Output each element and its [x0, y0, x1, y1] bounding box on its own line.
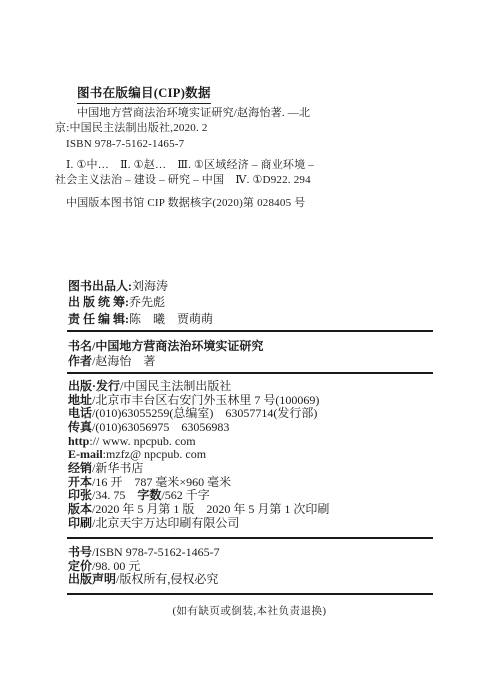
field-label: 印张 [68, 488, 92, 502]
info-line: 经销/新华书店 [68, 462, 329, 476]
field-value: :mzfz@ npcpub. com [103, 447, 206, 461]
info-line: 出版·发行/中国民主法制出版社 [68, 380, 329, 394]
field-value: /(010)63056975 63056983 [92, 420, 229, 434]
info-line: E-mail:mzfz@ npcpub. com [68, 448, 329, 462]
info-line: 作者/赵海怡 著 [68, 354, 263, 369]
info-line: 出版声明/版权所有,侵权必究 [68, 573, 220, 587]
field-label: 电话 [68, 406, 92, 420]
field-value: /(010)63055259(总编室) 63057714(发行部) [92, 406, 317, 420]
field-label: 出版声明 [68, 572, 116, 586]
field-label: 传真 [68, 420, 92, 434]
cip-record-number: 中国版本图书馆 CIP 数据核字(2020)第 028405 号 [66, 196, 305, 211]
field-value: /中国民主法制出版社 [120, 379, 231, 393]
field-label: 责 任 编 辑: [68, 312, 129, 326]
field-label: 经销 [68, 461, 92, 475]
cip-description: 中国地方营商法治环境实证研究/赵海怡著. —北 京:中国民主法制出版社,2020… [55, 106, 310, 135]
field-value: /新华书店 [92, 461, 143, 475]
field-label: 出版·发行 [68, 379, 120, 393]
info-line: 图书出品人:刘海涛 [68, 278, 213, 294]
info-line: 印张/34. 75 字数/562 千字 [68, 489, 329, 503]
info-line: 责 任 编 辑:陈 曦 贾萌萌 [68, 311, 213, 327]
info-line: 传真/(010)63056975 63056983 [68, 421, 329, 435]
divider-line-4 [67, 593, 433, 595]
return-notice: (如有缺页或倒装,本社负责退换) [0, 603, 499, 618]
cip-classification-line1: Ⅰ. ①中… Ⅱ. ①赵… Ⅲ. ①区域经济 – 商业环境 – [66, 158, 314, 173]
publishing-info-block: 出版·发行/中国民主法制出版社地址/北京市丰台区右安门外玉林里 7 号(1000… [68, 380, 329, 530]
field-value: /562 千字 [161, 488, 209, 502]
info-line: 出 版 统 筹:乔先彪 [68, 294, 213, 310]
divider-line-1 [67, 330, 433, 332]
field-label: 书号 [68, 545, 92, 559]
cip-classification-line2: 社会主义法治 – 建设 – 研究 – 中国 Ⅳ. ①D922. 294 [55, 173, 314, 188]
field-label: 出 版 统 筹: [68, 295, 129, 309]
field-value: :// www. npcpub. com [89, 434, 195, 448]
title-author-block: 书名/中国地方营商法治环境实证研究作者/赵海怡 著 [68, 339, 263, 369]
field-value: /北京市丰台区右安门外玉林里 7 号(100069) [92, 393, 319, 407]
info-line: 电话/(010)63055259(总编室) 63057714(发行部) [68, 407, 329, 421]
field-value: 乔先彪 [129, 295, 165, 309]
field-label: 定价 [68, 559, 92, 573]
field-value: /34. 75 [92, 488, 137, 502]
cip-description-line1: 中国地方营商法治环境实证研究/赵海怡著. —北 [77, 106, 310, 121]
cip-isbn: ISBN 978-7-5162-1465-7 [66, 137, 184, 152]
field-value: /ISBN 978-7-5162-1465-7 [92, 545, 220, 559]
field-value: /版权所有,侵权必究 [116, 572, 218, 586]
info-line: 版本/2020 年 5 月第 1 版 2020 年 5 月第 1 次印刷 [68, 503, 329, 517]
field-value: /赵海怡 著 [92, 354, 155, 368]
field-value: /16 开 787 毫米×960 毫米 [92, 475, 231, 489]
field-value: 陈 曦 贾萌萌 [129, 312, 213, 326]
field-label: 图书出品人: [68, 279, 132, 293]
info-line: http:// www. npcpub. com [68, 435, 329, 449]
field-value: /2020 年 5 月第 1 版 2020 年 5 月第 1 次印刷 [92, 502, 329, 516]
divider-line-2 [67, 372, 433, 374]
colophon-page: 图书在版编目(CIP)数据 中国地方营商法治环境实证研究/赵海怡著. —北 京:… [0, 0, 499, 698]
info-line: 印刷/北京天宇万达印刷有限公司 [68, 517, 329, 531]
field-value: /北京天宇万达印刷有限公司 [92, 516, 239, 530]
info-line: 书号/ISBN 978-7-5162-1465-7 [68, 546, 220, 560]
isbn-price-block: 书号/ISBN 978-7-5162-1465-7定价/98. 00 元出版声明… [68, 546, 220, 587]
field-label: http [68, 434, 89, 448]
cip-header: 图书在版编目(CIP)数据 [77, 83, 211, 104]
field-label: E-mail [68, 447, 103, 461]
field-label: 开本 [68, 475, 92, 489]
cip-classification: Ⅰ. ①中… Ⅱ. ①赵… Ⅲ. ①区域经济 – 商业环境 – 社会主义法治 –… [55, 158, 314, 187]
field-label: 字数 [137, 488, 161, 502]
field-label: 书名/中国地方营商法治环境实证研究 [68, 339, 263, 353]
field-value: 刘海涛 [132, 279, 168, 293]
field-label: 印刷 [68, 516, 92, 530]
info-line: 书名/中国地方营商法治环境实证研究 [68, 339, 263, 354]
field-value: /98. 00 元 [92, 559, 140, 573]
staff-block: 图书出品人:刘海涛出 版 统 筹:乔先彪责 任 编 辑:陈 曦 贾萌萌 [68, 278, 213, 327]
field-label: 地址 [68, 393, 92, 407]
divider-line-3 [67, 537, 433, 539]
field-label: 版本 [68, 502, 92, 516]
cip-description-line2: 京:中国民主法制出版社,2020. 2 [55, 121, 310, 136]
field-label: 作者 [68, 354, 92, 368]
